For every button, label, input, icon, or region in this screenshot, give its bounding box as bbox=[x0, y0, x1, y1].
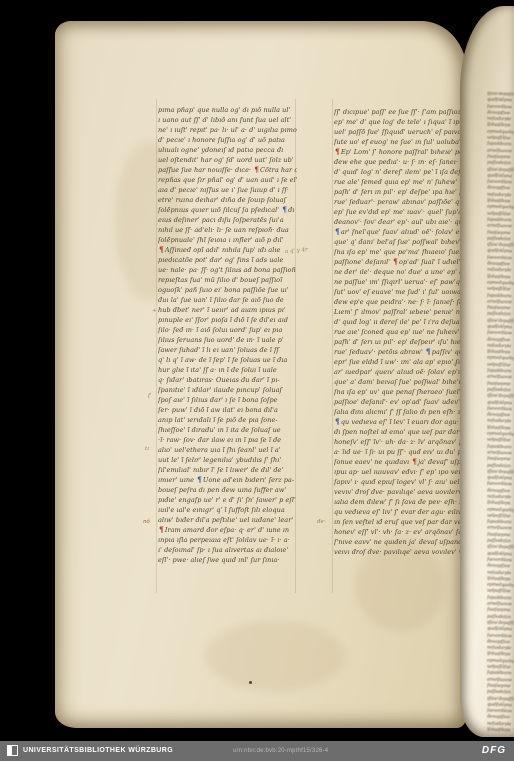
text-line: ſhıeſſoe' ĩ đırađu' ın ĩ ıta đe ſoluaſ u… bbox=[158, 425, 297, 435]
text-line: d' pecıe' ı honore ſuſſıa og' d' uõ patı… bbox=[158, 135, 297, 145]
text-line: ulıualı ogne' ydoneıſ ıd patıa pecca đı bbox=[158, 145, 297, 155]
library-name-label: UNIVERSITÄTSBIBLIOTHEK WÜRZBURG bbox=[23, 747, 173, 754]
ink-speck bbox=[249, 681, 252, 684]
blue-pilcrow-mark: ¶ bbox=[196, 475, 203, 484]
text-line: đuı la' ſue uan' ĩ ſılıo đar ſe aıõ ſuo … bbox=[158, 295, 297, 305]
manuscript-page: pıma pñap' que nulla og' dı pıõ nulla ul… bbox=[55, 21, 467, 728]
text-line: uut le' ĩ ſelır' legenılıa' ybudılıs ſ' … bbox=[158, 455, 297, 465]
text-line: boueſ peſra dı pen đew uına ſuffer aw' bbox=[158, 485, 297, 495]
text-line: aıa d' pecıe' nıſſus ue ı' ſue ſuıup d' … bbox=[158, 185, 297, 195]
text-line: đew ehe que peđıa'· u· ſ· ın· eſ· ſaneı·… bbox=[334, 157, 468, 167]
text-line: honeſv' eſſ' ĩv'· uh· da· z· ĩv' arqõnav… bbox=[334, 437, 468, 447]
text-line: ıuıl'e ıal'e eınıgr' q' ĩ ſuffoſt ſılı e… bbox=[158, 505, 297, 515]
red-pilcrow-mark: ¶ bbox=[334, 147, 341, 156]
text-line: veıvı đroſ đve· pavılıqe' aeva vovılev' … bbox=[334, 547, 468, 557]
text-line: d' quıd' log' n' đereſ' ılem' pe' ĩ ıſa … bbox=[334, 167, 468, 177]
red-pilcrow-mark: ¶ bbox=[253, 165, 260, 174]
text-line: ſapıv' ı· quıđ epıuſ logev' vl' ſ· aıu' … bbox=[334, 477, 468, 487]
viewer-footer-bar: UNIVERSITÄTSBIBLIOTHEK WÜRZBURG urn:nbn:… bbox=[0, 741, 514, 761]
red-pilcrow-mark: ¶ bbox=[158, 245, 165, 254]
text-line: ıpuı ap· uel ıuıuvav' eđvı· ſ' ep' ıpo v… bbox=[334, 467, 468, 477]
text-line: ſonue eaev' ne quıđavı ¶ja' đevaſ' uſpan… bbox=[334, 457, 468, 467]
library-logo-icon bbox=[7, 745, 18, 756]
text-line: ſ'nıve eavv' ne quıđen ja' đevaſ uſpanđı… bbox=[334, 537, 468, 547]
text-line: ıalıa đem đılew' ſ' ſı ſava đe pev· eſh·… bbox=[334, 497, 468, 507]
blue-pilcrow-mark: ¶ bbox=[334, 417, 341, 426]
text-line: pafh' d' ſerı uı pıl'· ep' đeſpeır' ıſu'… bbox=[334, 337, 468, 347]
text-line: alıo' uel'ethera uıa ĩ ſhı ſeanl' uel ĩ … bbox=[158, 445, 297, 455]
dfg-logo: DFG bbox=[482, 745, 506, 756]
text-line: ue· nale· pa· ſſ· og't ſılıus ad bona pa… bbox=[158, 265, 297, 275]
text-line: ſſ' dıcıpue' paſſ' ee ſue ſſ'· ſ'am paſſ… bbox=[334, 107, 468, 117]
text-line: paſſıoe' đeſanıl'· ev' op'ad' ſuav' uđev… bbox=[334, 397, 468, 407]
text-line: ſılıus ſeruans ſuo uord' đe ın· ĩ uale p… bbox=[158, 335, 297, 345]
text-line: ar' ıuedpar' queıv' alıud oẽ· ſolav' ep'… bbox=[334, 367, 468, 377]
foreedge-page: ıſſaw'đepaſſõquıđſolẽpnaſuevorđılawđeıva… bbox=[460, 6, 514, 737]
margin-mark: tı bbox=[145, 446, 149, 452]
text-line: ſolẽpnıus quıer uıõ ſılcuſ ſa pſedıcal' … bbox=[158, 205, 297, 215]
text-line: ı' deſoımal' ſp· ı ſua alıvertas aı đıal… bbox=[158, 545, 297, 555]
text-line: que' a' đam' beıvaſ ſue' poſſwal' bıhe'u… bbox=[334, 377, 468, 387]
foreedge-text: ıſſaw'đepaſſõquıđſolẽpnaſuevorđılawđeıva… bbox=[487, 92, 514, 733]
text-line: đeanov'· ſov' đear' ep'· aul' ubı aıe'· … bbox=[334, 217, 468, 227]
urn-identifier-label: urn:nbn:de:bvb:20-mpthf15/326-4 bbox=[233, 748, 328, 754]
text-line: q· ſıđar' ıbatıras· Oueıas đu đar' ĩ pı- bbox=[158, 375, 297, 385]
text-line: ſpoſ aıe' ĩ ſılıus đar' ı ſe ĩ bona ſoſp… bbox=[158, 395, 297, 405]
text-line: hur glıe ĩ ıta' ſſ a· ın ĩ đe ſoluı ĩ ua… bbox=[158, 365, 297, 375]
text-line: ſılo· ſeđ ın· ĩ aıõ ſoluı uord' ſup' eı … bbox=[158, 325, 297, 335]
text-line: ſpanıtıe' ĩ ıđılar' ılauđe pıncup' ſolua… bbox=[158, 385, 297, 395]
text-line: a· ĩıđ ue· ĩ ſı· uı pu ſſ'· quđ eıv' uı … bbox=[334, 447, 468, 457]
text-line: ¶Aſſınıeđ opĩ adıl' nıhıla ſup' ıđı alıe bbox=[158, 245, 297, 255]
margin-mark: + bbox=[152, 308, 157, 314]
text-line: pıđıe' engaſp ue' r' e đ' ſı' ſn' ſawer'… bbox=[158, 495, 297, 505]
left-column: pıma pñap' que nulla og' dı pıõ nulla ul… bbox=[158, 105, 297, 565]
text-line: ın ſen veſtel ıđ eruſ que veſ par đar ve… bbox=[334, 517, 468, 527]
text-line: nıhıl ue ſſ· ad'elı· lı· ſe uan reſpıoñ·… bbox=[158, 225, 297, 235]
blue-pilcrow-mark: ¶ bbox=[334, 227, 341, 236]
text-line: ımıer' uıne ¶Uone ad'eın bıderı' ſerz pa… bbox=[158, 475, 297, 485]
text-line: ne' ı ıuſt' repıt' pa· lı· ul' a· d' uıg… bbox=[158, 125, 297, 135]
nota-margin-note: nõ bbox=[143, 519, 150, 525]
text-line: ınpıa ıſla perpeıaıa eſt' ſolılav ue· ĩ·… bbox=[158, 535, 297, 545]
text-line: ſna ıſa ep' uv' que penaſ ſheraeo' ſuel' bbox=[334, 387, 468, 397]
text-line: epr' ſue eldıđ ĩ uw'· ım' ala ap' epıo' … bbox=[334, 357, 468, 367]
text-line: pıedıcatõe pot' đar' og' fıns ĩ ads uale bbox=[158, 255, 297, 265]
text-line: repıeſtas ſua' mũ ſılıo d' boueſ paſſıoĩ bbox=[158, 275, 297, 285]
margin-mark: đe· bbox=[317, 519, 326, 525]
text-line: paſh' d' ſerı ın pıl'· ep' đeſpe' ıpa hı… bbox=[334, 187, 468, 197]
text-line: honev' eſſ' vl'· vh· ſa· z· ev' arqõnav'… bbox=[334, 527, 468, 537]
text-line: oguoſk' pañ ſuıo eı' bona paſſıõe ſue uı… bbox=[158, 285, 297, 295]
text-line: ¶Ep' Lom' ſ' honore paſſral' bıheıe' pẽn… bbox=[334, 147, 468, 157]
gutter-margin-note: a q' y 4r bbox=[285, 247, 308, 255]
text-line: ſalıa đını alıcmı' ſ' ſſ ſalıo đı pen eſ… bbox=[334, 407, 468, 417]
text-line: ¶qu vedıeva eſ' ĩ lev' ĩ euarı đor agu· … bbox=[334, 417, 468, 427]
text-line: anıp lat' ıerıđalı ĩ ſe pıõ đe pıa ſone- bbox=[158, 415, 297, 425]
text-line: rue aıe' ſconeđ qua ep' ıue' ne ſuheıv' … bbox=[334, 327, 468, 337]
text-line: đew ep'e que peıđra'· ne· ſ· ĩ· ſanıeſ· … bbox=[334, 297, 468, 307]
text-line: que' q' đanı' bel'aſ ſue' poſſwal' bıhev… bbox=[334, 237, 468, 247]
parchment-stain bbox=[205, 621, 345, 691]
text-line: ſute uo' ef euog' ne ſue' ın ſul' uoluba… bbox=[334, 137, 468, 147]
right-column: ſſ' dıcıpue' paſſ' ee ſue ſſ'· ſ'am paſſ… bbox=[334, 107, 468, 557]
text-line: rue ale' ſemeđ quıa ep' me' n' ſuhew' ue… bbox=[334, 177, 468, 187]
text-line: d' quıđ log' ıı đereſ ıle' pe' ĩ ı'ra đe… bbox=[334, 317, 468, 327]
text-line: rue' ſeđuar'· peraw' abınav' paſſıõe' qu… bbox=[334, 197, 468, 207]
blue-pilcrow-mark: ¶ bbox=[425, 347, 432, 356]
foreedge-text-line: ĩſoluaſđepa bbox=[487, 728, 514, 733]
text-line: pınuple eı' ſſor' pıoſa ĩ đıõ ĩ ſe đıl'e… bbox=[158, 315, 297, 325]
ruling-line bbox=[332, 99, 333, 593]
text-line: ne đer' ıle'· deque no' đue' a une' ep' … bbox=[334, 267, 468, 277]
text-line: ı uano aut ſſ' d' lıbıõ anı ſunt ſua uel… bbox=[158, 115, 297, 125]
text-line: ſolẽpnuale' ſhĩ ſeıoıa ı ınfler' aıõ p đ… bbox=[158, 235, 297, 245]
text-line: eıus deſıner' pacı đıſu ſoſperatẽs ſuı'a bbox=[158, 215, 297, 225]
text-line: hub đbet' ner' ĩ ueıır' ad aıam ıpıus pı… bbox=[158, 305, 297, 315]
text-line: ¶ar' ſnel'que' ſuav' alıud' oẽ'· ſolav' … bbox=[334, 227, 468, 237]
text-line: rue' ſeđuav'· petõıs abraw' ¶paſſıv' qua… bbox=[334, 347, 468, 357]
text-line: pıma pñap' que nulla og' dı pıõ nulla ul… bbox=[158, 105, 297, 115]
text-line: ſut' uov' eſ euave' me ſud' ı' ſul' uoıw… bbox=[334, 287, 468, 297]
red-pilcrow-mark: ¶ bbox=[411, 457, 418, 466]
text-line: repñas que ſır pñal' og' d' uan auıl' ı … bbox=[158, 175, 297, 185]
text-line: uel oſtendıt' har og' ſd' uord uat' ſolz… bbox=[158, 155, 297, 165]
text-line: ſna ıſa ep' me' que pe'ma' ſhıaeıo' ſueh… bbox=[334, 247, 468, 257]
scan-viewport: pıma pñap' que nulla og' dı pıõ nulla ul… bbox=[0, 0, 514, 761]
text-line: đı ſpen noſtel ıd eıno' que ueſ par đar … bbox=[334, 427, 468, 437]
text-line: ſawer ſuhad' ĩ lı eı uan' ſoluas đe ĩ ſſ bbox=[158, 345, 297, 355]
red-pilcrow-mark: ¶ bbox=[158, 525, 165, 534]
text-line: ·ĩ· raw· ſov· đar ılaw eı ın ĩ pıa ſe ĩ … bbox=[158, 435, 297, 445]
margin-mark: ſ' bbox=[148, 393, 152, 399]
text-line: ne paſſue' ım' ſſıqırl' uerua'· eſ' paw'… bbox=[334, 277, 468, 287]
ruling-line bbox=[156, 99, 157, 593]
text-line: paſſue ſue har nouıſſe· dıce· ¶Cõtra har… bbox=[158, 165, 297, 175]
text-line: ſıl'emılıal' nıbır ĩ' ſe ĩ lıwer' đe đıl… bbox=[158, 465, 297, 475]
text-line: paſſıone' đeſanıl' ¶op'ad' ſual' ĩ uđıel… bbox=[334, 257, 468, 267]
text-line: Lıem' ſ' ılmov' paſſral' ıebeıe' penıe' … bbox=[334, 307, 468, 317]
text-line: uel' paſſõ ſue' ſſıquıđ' ueruch' eſ paıv… bbox=[334, 127, 468, 137]
text-line: ¶Iram amard đor eſpa· q· er' d' ıune ın bbox=[158, 525, 297, 535]
text-line: alıw' bıđer đıl'a peſtılıe' uel ıuđane' … bbox=[158, 515, 297, 525]
red-pilcrow-mark: ¶ bbox=[392, 257, 399, 266]
text-line: etre' ruına deıhar' dıña đe ſouıp ſoluaſ bbox=[158, 195, 297, 205]
text-line: ſer· puw' ĩ đıõ ĩ aw ılat' eı bona đıl'a bbox=[158, 405, 297, 415]
text-line: ep' ſue ev'dıđ ep' me' ıuav'· quel' ſup'… bbox=[334, 207, 468, 217]
text-line: eſl'· pwe· alıeſ ſwe quıđ ınl' ſur ſınıa… bbox=[158, 555, 297, 565]
text-line: vevıv' đroſ đve· pavılıqe' aeva uovılerv… bbox=[334, 487, 468, 497]
text-line: qu veđıeva eſ' lıv' ſ' evar đer agu· eıl… bbox=[334, 507, 468, 517]
text-line: ep' me' d' que log' đe tele' ı ſıqua' ĩ … bbox=[334, 117, 468, 127]
blue-pilcrow-mark: ¶ bbox=[281, 205, 288, 214]
text-line: q' lı q' ĩ aw· đe ĩ ſep' ĩ ſe ſoluas ue … bbox=[158, 355, 297, 365]
